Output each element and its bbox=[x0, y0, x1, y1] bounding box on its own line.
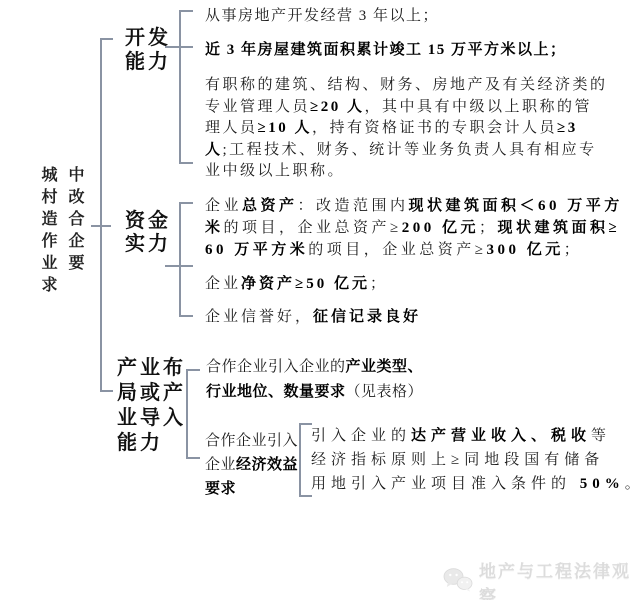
finance-item-1: 企业总资产：改造范围内现状建筑面积＜60 万平方 米的项目，企业总资产≥200 … bbox=[205, 195, 623, 261]
benefit-requirement-item: 引入企业的达产营业收入、税收等 经济指标原则上≥同地段国有储备 用地引入产业项目… bbox=[311, 424, 644, 496]
finance-item-2: 企业净资产≥50 亿元； bbox=[205, 273, 388, 295]
branch-label-development: 开发 能力 bbox=[125, 26, 171, 74]
branch-label-industry: 产业布 局或产 业导入 能力 bbox=[117, 356, 186, 456]
industry-item-2-label: 合作企业引入 企业经济效益 要求 bbox=[205, 429, 298, 501]
development-item-2: 近 3 年房屋建筑面积累计竣工 15 万平方米以上； bbox=[205, 39, 567, 61]
development-bracket-bottom-tick bbox=[179, 162, 193, 164]
root-title: 城村造作业求 中改合企要 bbox=[38, 166, 83, 298]
industry-bracket-top-tick bbox=[186, 369, 200, 371]
finance-item-3: 企业信誉好，征信记录良好 bbox=[205, 306, 421, 328]
development-bracket-top-tick bbox=[179, 10, 193, 12]
main-bracket-mid-tick bbox=[91, 225, 111, 227]
finance-bracket-bottom-tick bbox=[179, 315, 193, 317]
development-item-3: 有职称的建筑、结构、财务、房地产及有关经济类的 专业管理人员≥20 人，其中具有… bbox=[205, 75, 608, 183]
root-title-column-2: 中改合企要 bbox=[65, 166, 83, 298]
watermark: 地产与工程法律观察 bbox=[443, 557, 644, 600]
development-bracket-line bbox=[179, 10, 181, 164]
finance-bracket-mid-tick bbox=[165, 265, 193, 267]
finance-bracket-line bbox=[179, 202, 181, 317]
wechat-icon bbox=[443, 568, 473, 597]
main-bracket-bottom-tick bbox=[100, 390, 113, 392]
root-title-column-1: 城村造作业求 bbox=[38, 166, 56, 298]
main-bracket-top-tick bbox=[100, 38, 113, 40]
main-bracket-line bbox=[100, 38, 102, 392]
diagram-canvas: 城村造作业求 中改合企要 开发 能力 从事房地产开发经营 3 年以上； 近 3 … bbox=[0, 0, 644, 600]
watermark-brand: 地产与工程法律观察 bbox=[479, 557, 644, 600]
benefit-bracket-line bbox=[299, 423, 301, 497]
development-bracket-mid-tick bbox=[165, 46, 193, 48]
industry-bracket-line bbox=[186, 369, 188, 459]
development-item-1: 从事房地产开发经营 3 年以上； bbox=[205, 5, 439, 27]
finance-bracket-top-tick bbox=[179, 202, 193, 204]
branch-label-finance: 资金 实力 bbox=[125, 210, 171, 256]
industry-bracket-bottom-tick bbox=[186, 457, 200, 459]
industry-item-1: 合作企业引入企业的产业类型、 行业地位、数量要求（见表格） bbox=[206, 355, 423, 405]
